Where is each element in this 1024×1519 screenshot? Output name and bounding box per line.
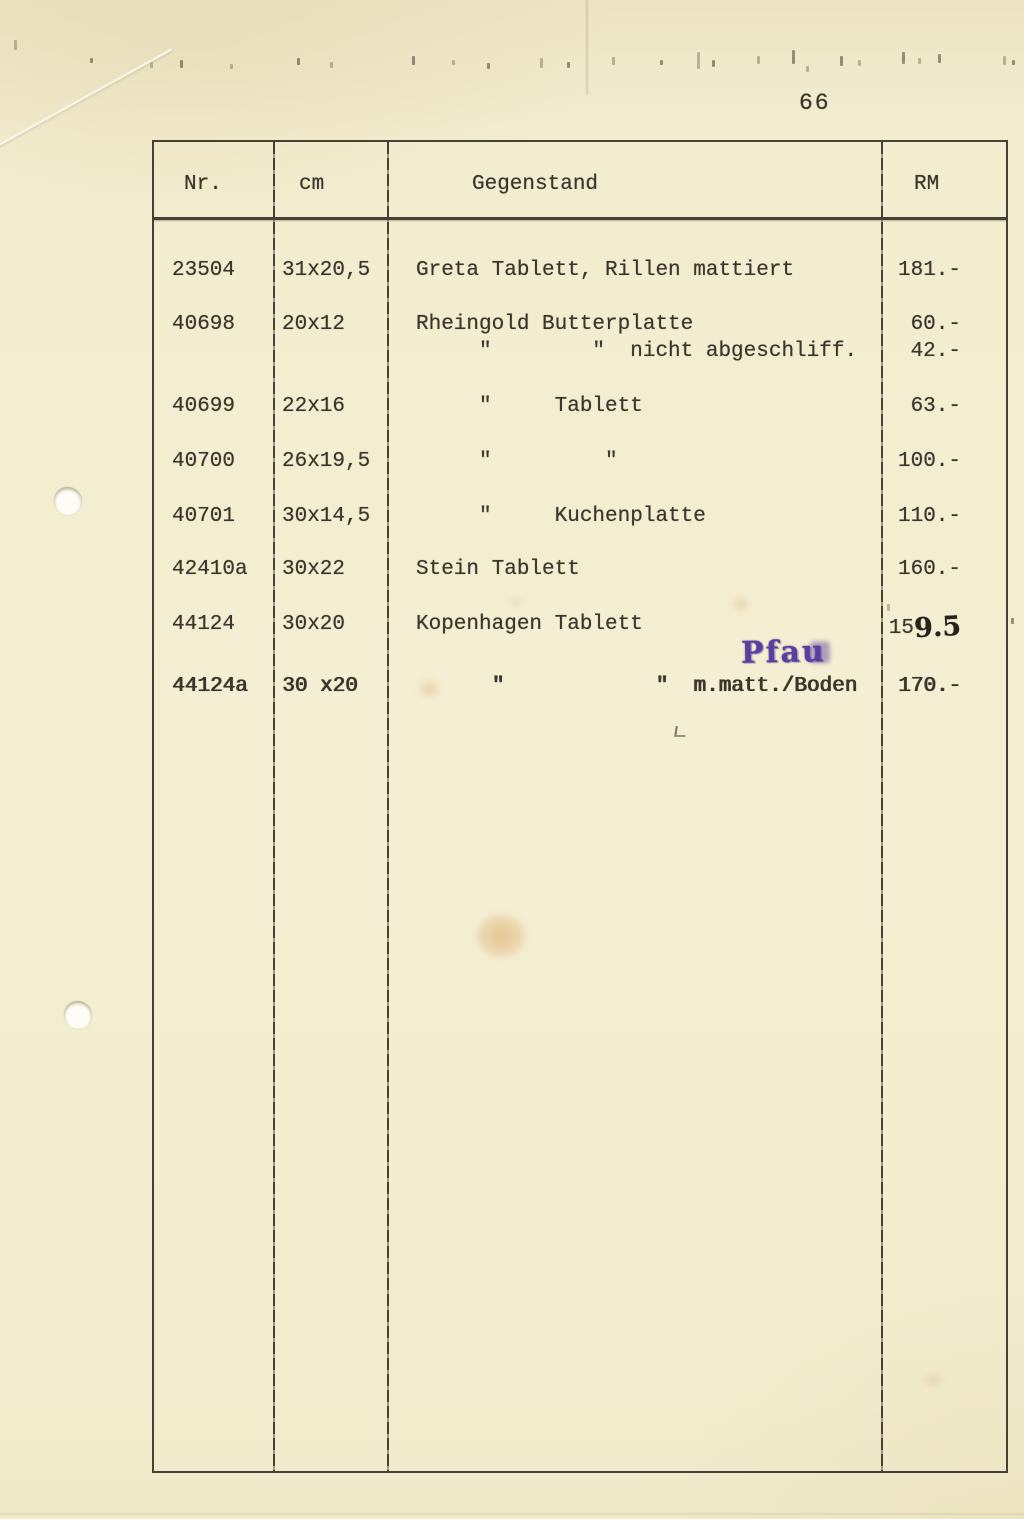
ink-speck (792, 50, 795, 64)
table-row: 42410a30x22Stein Tablett160.- (154, 557, 1006, 583)
paper-stain (504, 592, 528, 612)
ink-speck (806, 66, 809, 72)
cell-cm: 30x20 (282, 612, 345, 638)
punch-hole-bottom (64, 1001, 92, 1029)
cell-nr: 44124 (172, 612, 235, 638)
header-rm: RM (914, 172, 939, 198)
ink-speck (540, 58, 543, 68)
cell-item: Kopenhagen Tablett (416, 612, 643, 638)
cell-item: Greta Tablett, Rillen mattiert (416, 258, 794, 284)
cell-rm: 159.5 (881, 612, 1003, 642)
ink-speck (487, 63, 490, 69)
ink-speck (297, 58, 300, 65)
table-row: 2350431x20,5Greta Tablett, Rillen mattie… (154, 258, 1006, 284)
header-cm: cm (299, 172, 324, 198)
cell-cm: 31x20,5 (282, 258, 370, 284)
scanned-price-list-page: 66 Nr. cm Gegenstand RM 2350431x20,5Gret… (0, 0, 1024, 1519)
paper-stain (466, 905, 536, 967)
cell-cm: 30x14,5 (282, 504, 370, 530)
cell-rm: 60.- (881, 312, 1003, 338)
header-divider (154, 217, 1006, 220)
punch-hole-top (54, 487, 82, 515)
ink-speck (918, 58, 921, 64)
table-row: 4070026x19,5 " "100.- (154, 449, 1006, 475)
paper-crease (586, 0, 588, 95)
cell-item: " " nicht abgeschliff. (416, 339, 857, 365)
cell-nr: 42410a (172, 557, 248, 583)
ink-speck (858, 60, 861, 66)
ink-speck (90, 58, 93, 63)
ink-speck (697, 52, 700, 69)
cell-rm: 100.- (881, 449, 1003, 475)
ink-speck (452, 60, 455, 65)
ink-speck (567, 62, 570, 68)
cell-item: " Kuchenplatte (416, 504, 706, 530)
ink-speck (612, 57, 615, 65)
paper-corner-edge (0, 48, 172, 152)
cell-rm: 42.- (881, 339, 1003, 365)
ink-speck (1012, 60, 1015, 65)
cell-nr: 40701 (172, 504, 235, 530)
ink-speck (1003, 56, 1006, 65)
scan-bottom-edge (0, 1513, 1024, 1515)
cell-nr: 40700 (172, 449, 235, 475)
page-number: 66 (799, 90, 831, 116)
cell-rm: 181.- (881, 258, 1003, 284)
cell-cm: 30x22 (282, 557, 345, 583)
ink-speck (660, 60, 663, 65)
ink-speck (180, 60, 183, 68)
table-row: 4069922x16 " Tablett63.- (154, 394, 1006, 420)
ink-speck (230, 64, 233, 69)
ink-speck (712, 60, 715, 67)
paper-stain (727, 592, 755, 616)
price-table: Nr. cm Gegenstand RM 2350431x20,5Greta T… (152, 140, 1008, 1473)
ink-speck (757, 56, 760, 64)
pfau-stamp: Pfau (741, 636, 826, 669)
ink-speck (14, 40, 17, 50)
cell-item: Stein Tablett (416, 557, 580, 583)
cell-rm: 110.- (881, 504, 1003, 530)
overstrike-mark (674, 726, 687, 737)
paper-stain (918, 1368, 948, 1392)
cell-cm: 22x16 (282, 394, 345, 420)
cell-cm: 20x12 (282, 312, 345, 338)
ink-speck (840, 56, 843, 66)
cell-item: " Tablett (416, 394, 643, 420)
cell-nr: 23504 (172, 258, 235, 284)
cell-nr: 44124a (172, 674, 248, 700)
ink-speck (330, 62, 333, 68)
paper-stain (412, 674, 446, 704)
cell-cm: 30 x20 (282, 674, 358, 700)
cell-item: Rheingold Butterplatte (416, 312, 693, 338)
ink-speck (902, 52, 905, 64)
cell-cm: 26x19,5 (282, 449, 370, 475)
table-row: 4070130x14,5 " Kuchenplatte110.- (154, 504, 1006, 530)
ink-speck (1011, 618, 1014, 624)
handwritten-price: 9.5 (914, 614, 962, 642)
ink-speck (412, 56, 415, 65)
table-row: 4412430x20Kopenhagen Tablett159.5 (154, 612, 1006, 638)
table-row: 44124a30 x20 " " m.matt./Boden170.- (154, 674, 1006, 700)
cell-rm: 63.- (881, 394, 1003, 420)
cell-nr: 40699 (172, 394, 235, 420)
ink-speck (938, 54, 941, 63)
table-row: " " nicht abgeschliff.42.- (154, 339, 1006, 365)
cell-item: " " (416, 449, 618, 475)
cell-rm: 160.- (881, 557, 1003, 583)
cell-item: " " m.matt./Boden (416, 674, 857, 700)
table-row: 4069820x12Rheingold Butterplatte60.- (154, 312, 1006, 338)
header-nr: Nr. (184, 172, 222, 198)
cell-rm: 170.- (881, 674, 1003, 700)
ink-speck (150, 62, 153, 68)
cell-nr: 40698 (172, 312, 235, 338)
header-item: Gegenstand (472, 172, 598, 198)
